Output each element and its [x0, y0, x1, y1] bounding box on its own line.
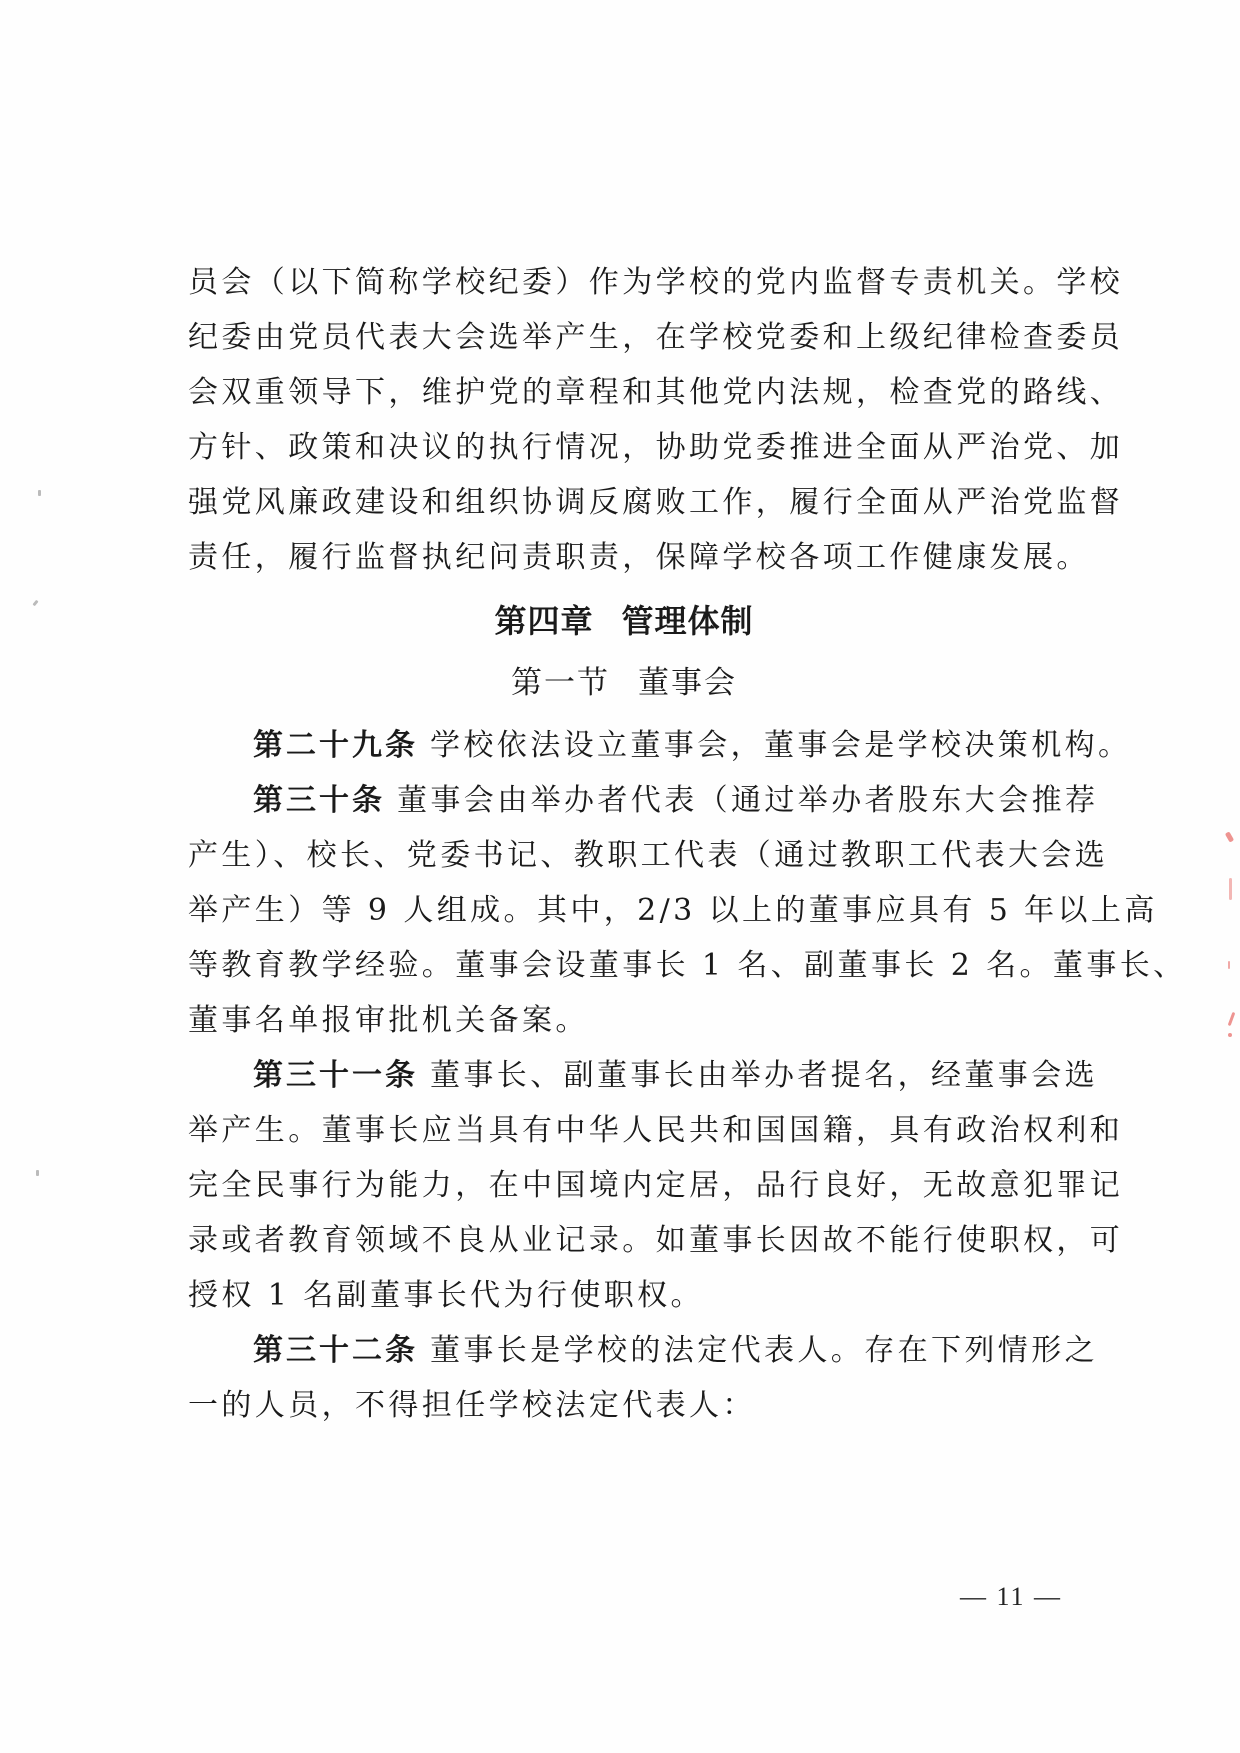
page-content: 员会（以下简称学校纪委）作为学校的党内监督专责机关。学校 纪委由党员代表大会选举… [188, 255, 1060, 1433]
text-line: 等教育教学经验。董事会设董事长 1 名、副董事长 2 名。董事长、 [188, 938, 1060, 993]
text-line: 会双重领导下，维护党的章程和其他党内法规，检查党的路线、 [188, 365, 1060, 420]
paragraph-continuation: 员会（以下简称学校纪委）作为学校的党内监督专责机关。学校 纪委由党员代表大会选举… [188, 255, 1060, 585]
text-line: 强党风廉政建设和组织协调反腐败工作，履行全面从严治党监督 [188, 475, 1060, 530]
text-line: 第三十一条董事长、副董事长由举办者提名，经董事会选 [188, 1048, 1060, 1103]
section-title: 董事会 [638, 665, 737, 701]
chapter-title: 管理体制 [622, 602, 754, 640]
text-line: 方针、政策和决议的执行情况，协助党委推进全面从严治党、加 [188, 420, 1060, 475]
article-label: 第三十一条 [253, 1058, 418, 1093]
chapter-number: 第四章 [494, 602, 593, 640]
chapter-heading: 第四章管理体制 [188, 590, 1060, 652]
article-label: 第二十九条 [253, 728, 418, 763]
article-29: 第二十九条学校依法设立董事会，董事会是学校决策机构。 [188, 718, 1060, 773]
text-line: 第三十二条董事长是学校的法定代表人。存在下列情形之 [188, 1323, 1060, 1378]
article-text: 学校依法设立董事会，董事会是学校决策机构。 [430, 728, 1131, 763]
text-line: 员会（以下简称学校纪委）作为学校的党内监督专责机关。学校 [188, 255, 1060, 310]
section-heading: 第一节董事会 [188, 652, 1060, 714]
text-line: 第三十条董事会由举办者代表（通过举办者股东大会推荐 [188, 773, 1060, 828]
article-label: 第三十条 [253, 783, 385, 818]
article-31: 第三十一条董事长、副董事长由举办者提名，经董事会选 举产生。董事长应当具有中华人… [188, 1048, 1060, 1323]
article-text: 董事长、副董事长由举办者提名，经董事会选 [430, 1058, 1098, 1093]
text-line: 责任，履行监督执纪问责职责，保障学校各项工作健康发展。 [188, 530, 1060, 585]
text-line: 录或者教育领域不良从业记录。如董事长因故不能行使职权，可 [188, 1213, 1060, 1268]
section-number: 第一节 [511, 665, 610, 701]
text-line: 举产生。董事长应当具有中华人民共和国国籍，具有政治权利和 [188, 1103, 1060, 1158]
article-label: 第三十二条 [253, 1333, 418, 1368]
article-32: 第三十二条董事长是学校的法定代表人。存在下列情形之 一的人员，不得担任学校法定代… [188, 1323, 1060, 1433]
text-line: 董事名单报审批机关备案。 [188, 993, 1060, 1048]
text-line: 举产生）等 9 人组成。其中，2/3 以上的董事应具有 5 年以上高 [188, 883, 1060, 938]
document-page: 员会（以下简称学校纪委）作为学校的党内监督专责机关。学校 纪委由党员代表大会选举… [0, 0, 1240, 1753]
text-line: 第二十九条学校依法设立董事会，董事会是学校决策机构。 [188, 718, 1060, 773]
text-line: 一的人员，不得担任学校法定代表人： [188, 1378, 1060, 1433]
article-30: 第三十条董事会由举办者代表（通过举办者股东大会推荐 产生）、校长、党委书记、教职… [188, 773, 1060, 1048]
article-text: 董事会由举办者代表（通过举办者股东大会推荐 [397, 783, 1098, 818]
article-text: 董事长是学校的法定代表人。存在下列情形之 [430, 1333, 1098, 1368]
text-line: 产生）、校长、党委书记、教职工代表（通过教职工代表大会选 [188, 828, 1060, 883]
text-line: 授权 1 名副董事长代为行使职权。 [188, 1268, 1060, 1323]
text-line: 完全民事行为能力，在中国境内定居，品行良好，无故意犯罪记 [188, 1158, 1060, 1213]
page-number: — 11 — [960, 1582, 1062, 1612]
text-line: 纪委由党员代表大会选举产生，在学校党委和上级纪律检查委员 [188, 310, 1060, 365]
